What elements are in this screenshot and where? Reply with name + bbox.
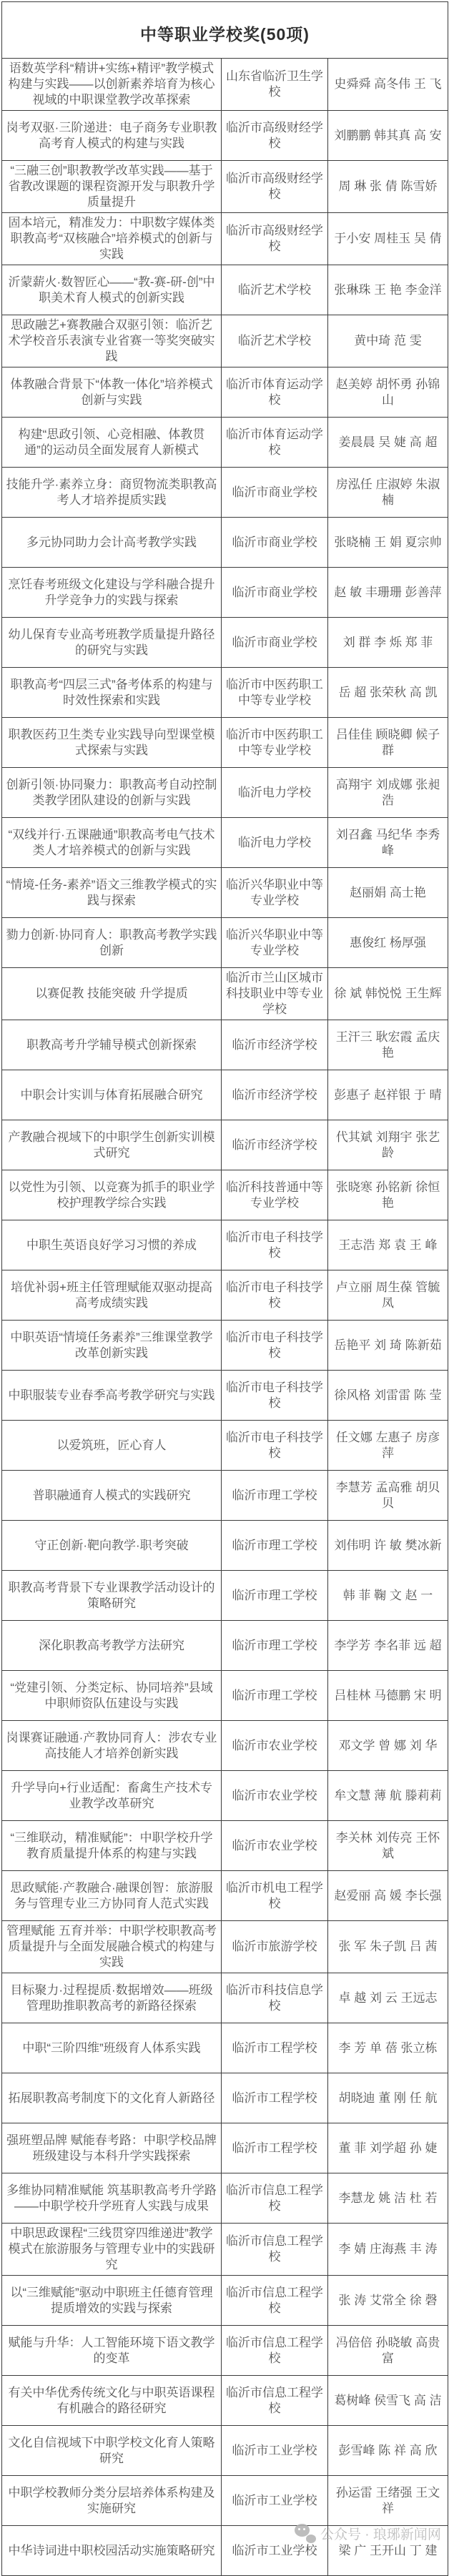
project-title-cell: 以党性为引领、以竞赛为抓手的职业学校护理教学综合实践: [2, 1170, 222, 1220]
awardee-names-cell: 卢立丽 周生葆 管毓凤: [328, 1270, 448, 1321]
school-name-cell: 山东省临沂卫生学校: [222, 59, 328, 111]
table-row: “双线并行·五课融通”职教高考电气技术类人才培养模式的创新与实践 临沂电力学校 …: [2, 818, 448, 868]
table-row: 目标聚力·过程提质·数据增效——班级管理助推职教高考的新路径探索 临沂市科技信息…: [2, 1973, 448, 2023]
project-title-cell: 创新引领·协同聚力：职教高考自动控制类教学团队建设的创新与实践: [2, 768, 222, 818]
awardee-names-cell: 赵丽娟 高士艳: [328, 868, 448, 918]
project-title-cell: 目标聚力·过程提质·数据增效——班级管理助推职教高考的新路径探索: [2, 1973, 222, 2023]
table-row: “三维联动，精准赋能”：中职学校升学教育质量提升体系的构建与实践 临沂市农业学校…: [2, 1821, 448, 1871]
project-title-cell: 思政融艺+赛教融合双驱引领：临沂艺术学校音乐表演专业省赛一等奖突破实践: [2, 315, 222, 367]
table-row: 普职融通育人模式的实践研究 临沂市理工学校 李慧芳 孟高雅 胡贝贝: [2, 1471, 448, 1521]
project-title-cell: 中职“三阶四维”班级育人体系实践: [2, 2023, 222, 2073]
awardee-names-cell: 房泓任 庄淑婷 朱淑楠: [328, 468, 448, 518]
project-title-cell: 勠力创新·协同育人：职教高考教学实践创新: [2, 918, 222, 968]
table-row: 中职学校教师分类分层培养体系构建及实施研究 临沂市工业学校 孙运雷 王绪强 王文…: [2, 2476, 448, 2526]
awardee-names-cell: 孙运雷 王绪强 王文祥: [328, 2476, 448, 2526]
awardee-names-cell: 刘伟明 许 敏 樊冰新: [328, 1521, 448, 1571]
school-name-cell: 临沂市理工学校: [222, 1671, 328, 1721]
table-row: 中华诗词进中职校园活动实施策略研究 临沂市工业学校 梁 广 王开山 丁 建: [2, 2526, 448, 2576]
project-title-cell: 沂蒙薪火·数智匠心——“教-赛-研-创”中职美术育人模式的创新实践: [2, 265, 222, 315]
project-title-cell: 拓展职教高考制度下的文化育人新路径: [2, 2073, 222, 2123]
table-row: 中职服装专业春季高考教学研究与实践 临沂市电子科技学校 徐风格 刘雷雷 陈 莹: [2, 1371, 448, 1421]
table-row: 岗课赛证融通·产教协同育人：涉农专业高技能人才培养创新实践 临沂市农业学校 邓文…: [2, 1721, 448, 1771]
table-row: 以党性为引领、以竞赛为抓手的职业学校护理教学综合实践 临沂科技普通中等专业学校 …: [2, 1170, 448, 1220]
table-row: 以赛促教 技能突破 升学提质 临沂市兰山区城市科技职业中等专业学校 徐 斌 韩悦…: [2, 968, 448, 1020]
project-title-cell: 职教高考背景下专业课教学活动设计的策略研究: [2, 1571, 222, 1621]
table-row: “三融三创”职教教学改革实践——基于省教改课题的课程资源开发与职教升学质量提升 …: [2, 161, 448, 213]
project-title-cell: 技能升学·素养立身：商贸物流类职教高考人才培养提质实践: [2, 468, 222, 518]
awardee-names-cell: 牟文慧 薄 航 滕莉莉: [328, 1771, 448, 1821]
awardee-names-cell: 刘召鑫 马纪华 李秀峰: [328, 818, 448, 868]
awardee-names-cell: 刘 群 李 烁 郑 菲: [328, 618, 448, 668]
awardee-names-cell: 李慧芳 孟高雅 胡贝贝: [328, 1471, 448, 1521]
school-name-cell: 临沂市电子科技学校: [222, 1421, 328, 1471]
project-title-cell: 中职学校教师分类分层培养体系构建及实施研究: [2, 2476, 222, 2526]
awardee-names-cell: 卓 越 刘 云 王远志: [328, 1973, 448, 2023]
school-name-cell: 临沂市信息工程学校: [222, 2326, 328, 2376]
awardee-names-cell: 惠俊红 杨厚强: [328, 918, 448, 968]
table-row: 技能升学·素养立身：商贸物流类职教高考人才培养提质实践 临沂市商业学校 房泓任 …: [2, 468, 448, 518]
school-name-cell: 临沂科技普通中等专业学校: [222, 1170, 328, 1220]
table-row: 构建“思政引领、心竞相融、体教贯通”的运动员全面发展育人新模式 临沂市体育运动学…: [2, 418, 448, 468]
award-table-body: 中等职业学校奖(50项) 语数英学科“精讲+实练+精评”教学模式构建与实践——以…: [2, 2, 448, 2576]
project-title-cell: 职教医药卫生类专业实践导向型课堂模式探索与实践: [2, 718, 222, 768]
table-row: 多维协同精准赋能 筑基职教高考升学路——中职学校升学班育人实践与成果 临沂市信息…: [2, 2173, 448, 2224]
awardee-names-cell: 葛树峰 侯雪飞 高 洁: [328, 2376, 448, 2426]
awardee-names-cell: 赵爱丽 高 媛 李长强: [328, 1871, 448, 1921]
awardee-names-cell: 彭惠子 赵祥银 于 晴: [328, 1070, 448, 1120]
table-row: 幼儿保育专业高考班教学质量提升路径的研究与实践 临沂市商业学校 刘 群 李 烁 …: [2, 618, 448, 668]
project-title-cell: 岗考双驱·三阶递进：电子商务专业职教高考育人模式的构建与实践: [2, 111, 222, 161]
table-row: “党建引领、分类定标、协同培养”县域中职师资队伍建设与实践 临沂市理工学校 吕桂…: [2, 1671, 448, 1721]
project-title-cell: 多元协同助力会计高考教学实践: [2, 518, 222, 568]
award-table: 中等职业学校奖(50项) 语数英学科“精讲+实练+精评”教学模式构建与实践——以…: [1, 1, 448, 2576]
awardee-names-cell: 徐风格 刘雷雷 陈 莹: [328, 1371, 448, 1421]
table-row: 守正创新·靶向教学·职考突破 临沂市理工学校 刘伟明 许 敏 樊冰新: [2, 1521, 448, 1571]
awardee-names-cell: 赵 敏 丰珊珊 彭善萍: [328, 568, 448, 618]
project-title-cell: “三融三创”职教教学改革实践——基于省教改课题的课程资源开发与职教升学质量提升: [2, 161, 222, 213]
table-row: 中职生英语良好学习习惯的养成 临沂市电子科技学校 王志浩 郑 袁 王 峰: [2, 1220, 448, 1270]
school-name-cell: 临沂市机电工程学校: [222, 1871, 328, 1921]
project-title-cell: 以赛促教 技能突破 升学提质: [2, 968, 222, 1020]
table-row: 岗考双驱·三阶递进：电子商务专业职教高考育人模式的构建与实践 临沂市高级财经学校…: [2, 111, 448, 161]
awardee-names-cell: 李 婧 庄海燕 丰 涛: [328, 2224, 448, 2276]
awardee-names-cell: 赵美婷 胡怀勇 孙锦山: [328, 367, 448, 418]
project-title-cell: “情境-任务-素养”语文三维教学模式的实践与探索: [2, 868, 222, 918]
school-name-cell: 临沂市经济学校: [222, 1070, 328, 1120]
school-name-cell: 临沂市经济学校: [222, 1020, 328, 1070]
school-name-cell: 临沂市理工学校: [222, 1521, 328, 1571]
school-name-cell: 临沂市商业学校: [222, 518, 328, 568]
awardee-names-cell: 于小安 周桂玉 吴 倩: [328, 213, 448, 265]
table-row: 语数英学科“精讲+实练+精评”教学模式构建与实践——以创新素养培育为核心视域的中…: [2, 59, 448, 111]
school-name-cell: 临沂市信息工程学校: [222, 2276, 328, 2326]
table-row: 中职思政课程“三线贯穿四维递进”教学模式在旅游服务与管理专业中的实践研究 临沂市…: [2, 2224, 448, 2276]
school-name-cell: 临沂市工程学校: [222, 2123, 328, 2173]
table-row: 拓展职教高考制度下的文化育人新路径 临沂市工程学校 胡晓迪 董 刚 任 航: [2, 2073, 448, 2123]
project-title-cell: 有关中华优秀传统文化与中职英语课程有机融合的路径研究: [2, 2376, 222, 2426]
project-title-cell: “双线并行·五课融通”职教高考电气技术类人才培养模式的创新与实践: [2, 818, 222, 868]
table-row: 固本培元，精准发力：中职数字媒体类职教高考“双核融合”培养模式的创新与实践 临沂…: [2, 213, 448, 265]
school-name-cell: 临沂市工程学校: [222, 2073, 328, 2123]
project-title-cell: 职教高考升学辅导模式创新探索: [2, 1020, 222, 1070]
school-name-cell: 临沂市商业学校: [222, 568, 328, 618]
project-title-cell: 培优补弱+班主任管理赋能双驱动提高高考成绩实践: [2, 1270, 222, 1321]
table-row: 体教融合背景下“体教一体化”培养模式创新与实践 临沂市体育运动学校 赵美婷 胡怀…: [2, 367, 448, 418]
awardee-names-cell: 岳 超 张荣秋 高 凯: [328, 668, 448, 718]
awardee-names-cell: 吕桂林 马德鹏 宋 明: [328, 1671, 448, 1721]
awardee-names-cell: 张琳珠 王 艳 李金洋: [328, 265, 448, 315]
school-name-cell: 临沂市电子科技学校: [222, 1371, 328, 1421]
awardee-names-cell: 岳艳平 刘 琦 陈新茹: [328, 1321, 448, 1371]
awardee-names-cell: 周 琳 张 倩 陈雪娇: [328, 161, 448, 213]
awardee-names-cell: 王汗三 耿宏霞 孟庆艳: [328, 1020, 448, 1070]
awardee-names-cell: 韩 菲 鞠 文 赵 一: [328, 1571, 448, 1621]
project-title-cell: 职教高考“四层三式”备考体系的构建与时效性探索和实践: [2, 668, 222, 718]
school-name-cell: 临沂市理工学校: [222, 1621, 328, 1671]
awardee-names-cell: 张晓楠 王 娟 夏宗帅: [328, 518, 448, 568]
school-name-cell: 临沂兴华职业中等专业学校: [222, 868, 328, 918]
school-name-cell: 临沂市中医药职工中等专业学校: [222, 718, 328, 768]
table-row: 管理赋能 五育并举：中职学校职教高考质量提升与全面发展融合模式的构建与实践 临沂…: [2, 1921, 448, 1973]
project-title-cell: 以“三维赋能”驱动中职班主任德育管理提质增效的实践与探索: [2, 2276, 222, 2326]
school-name-cell: 临沂市理工学校: [222, 1571, 328, 1621]
project-title-cell: 中职生英语良好学习习惯的养成: [2, 1220, 222, 1270]
school-name-cell: 临沂艺术学校: [222, 265, 328, 315]
project-title-cell: 中职英语“情境任务素养”三维课堂教学改革创新实践: [2, 1321, 222, 1371]
awardee-names-cell: 史舜舜 高冬伟 王 飞: [328, 59, 448, 111]
school-name-cell: 临沂市高级财经学校: [222, 213, 328, 265]
table-row: 有关中华优秀传统文化与中职英语课程有机融合的路径研究 临沂市信息工程学校 葛树峰…: [2, 2376, 448, 2426]
project-title-cell: “三维联动，精准赋能”：中职学校升学教育质量提升体系的构建与实践: [2, 1821, 222, 1871]
school-name-cell: 临沂市工业学校: [222, 2476, 328, 2526]
school-name-cell: 临沂市信息工程学校: [222, 2224, 328, 2276]
table-row: 文化自信视域下中职学校文化育人策略研究 临沂市工业学校 彭雪峰 陈 祥 高 欣: [2, 2426, 448, 2476]
table-row: 职教高考升学辅导模式创新探索 临沂市经济学校 王汗三 耿宏霞 孟庆艳: [2, 1020, 448, 1070]
title-row: 中等职业学校奖(50项): [2, 2, 448, 59]
awardee-names-cell: 张 涛 艾常全 徐 磬: [328, 2276, 448, 2326]
school-name-cell: 临沂市旅游学校: [222, 1921, 328, 1973]
school-name-cell: 临沂市农业学校: [222, 1821, 328, 1871]
awardee-names-cell: 王志浩 郑 袁 王 峰: [328, 1220, 448, 1270]
project-title-cell: 强班塑品牌 赋能春考路：中职学校品牌班级建设与本科升学实践探索: [2, 2123, 222, 2173]
school-name-cell: 临沂电力学校: [222, 768, 328, 818]
awardee-names-cell: 任文娜 左惠子 房彦萍: [328, 1421, 448, 1471]
awardee-names-cell: 黄中琦 范 雯: [328, 315, 448, 367]
project-title-cell: 中职会计实训与体育拓展融合研究: [2, 1070, 222, 1120]
table-row: 以爱筑班，匠心育人 临沂市电子科技学校 任文娜 左惠子 房彦萍: [2, 1421, 448, 1471]
project-title-cell: 体教融合背景下“体教一体化”培养模式创新与实践: [2, 367, 222, 418]
project-title-cell: 升学导向+行业适配：畜禽生产技术专业教学改革研究: [2, 1771, 222, 1821]
project-title-cell: 产教融合视域下的中职学生创新实训模式研究: [2, 1120, 222, 1170]
table-row: 勠力创新·协同育人：职教高考教学实践创新 临沂兴华职业中等专业学校 惠俊红 杨厚…: [2, 918, 448, 968]
awardee-names-cell: 邓文学 曾 娜 刘 华: [328, 1721, 448, 1771]
awardee-names-cell: 高翔宇 刘成娜 张昶浩: [328, 768, 448, 818]
table-row: 中职“三阶四维”班级育人体系实践 临沂市工程学校 李 芳 单 蓓 张立栋: [2, 2023, 448, 2073]
school-name-cell: 临沂市工业学校: [222, 2426, 328, 2476]
table-row: 创新引领·协同聚力：职教高考自动控制类教学团队建设的创新与实践 临沂电力学校 高…: [2, 768, 448, 818]
project-title-cell: 固本培元，精准发力：中职数字媒体类职教高考“双核融合”培养模式的创新与实践: [2, 213, 222, 265]
school-name-cell: 临沂电力学校: [222, 818, 328, 868]
awardee-names-cell: 代其斌 刘翔宇 张艺龄: [328, 1120, 448, 1170]
school-name-cell: 临沂市商业学校: [222, 468, 328, 518]
table-row: 中职英语“情境任务素养”三维课堂教学改革创新实践 临沂市电子科技学校 岳艳平 刘…: [2, 1321, 448, 1371]
project-title-cell: 守正创新·靶向教学·职考突破: [2, 1521, 222, 1571]
awardee-names-cell: 李学芳 李名菲 远 超: [328, 1621, 448, 1671]
project-title-cell: 文化自信视域下中职学校文化育人策略研究: [2, 2426, 222, 2476]
table-row: 多元协同助力会计高考教学实践 临沂市商业学校 张晓楠 王 娟 夏宗帅: [2, 518, 448, 568]
awardee-names-cell: 李关林 刘传亮 王怀斌: [328, 1821, 448, 1871]
awardee-names-cell: 梁 广 王开山 丁 建: [328, 2526, 448, 2576]
school-name-cell: 临沂市科技信息学校: [222, 1973, 328, 2023]
project-title-cell: 普职融通育人模式的实践研究: [2, 1471, 222, 1521]
project-title-cell: 中职思政课程“三线贯穿四维递进”教学模式在旅游服务与管理专业中的实践研究: [2, 2224, 222, 2276]
school-name-cell: 临沂市农业学校: [222, 1771, 328, 1821]
school-name-cell: 临沂市农业学校: [222, 1721, 328, 1771]
awardee-names-cell: 胡晓迪 董 刚 任 航: [328, 2073, 448, 2123]
page-title: 中等职业学校奖(50项): [2, 2, 448, 59]
table-row: 职教医药卫生类专业实践导向型课堂模式探索与实践 临沂市中医药职工中等专业学校 吕…: [2, 718, 448, 768]
table-row: 思政赋能·产教融合·融课创智：旅游服务与管理专业三方协同育人范式实践 临沂市机电…: [2, 1871, 448, 1921]
awardee-names-cell: 张晓寒 孙铭新 徐恒艳: [328, 1170, 448, 1220]
project-title-cell: 烹饪春考班级文化建设与学科融合提升升学竞争力的实践与探索: [2, 568, 222, 618]
table-row: 中职会计实训与体育拓展融合研究 临沂市经济学校 彭惠子 赵祥银 于 晴: [2, 1070, 448, 1120]
awardee-names-cell: 吕佳佳 顾晓卿 候子群: [328, 718, 448, 768]
school-name-cell: 临沂市体育运动学校: [222, 418, 328, 468]
project-title-cell: 赋能与升华：人工智能环境下语文教学的变革: [2, 2326, 222, 2376]
awardee-names-cell: 刘鹏鹏 韩其真 高 安: [328, 111, 448, 161]
table-row: 产教融合视域下的中职学生创新实训模式研究 临沂市经济学校 代其斌 刘翔宇 张艺龄: [2, 1120, 448, 1170]
awardee-names-cell: 姜晨晨 吴 婕 高 超: [328, 418, 448, 468]
school-name-cell: 临沂市商业学校: [222, 618, 328, 668]
school-name-cell: 临沂市经济学校: [222, 1120, 328, 1170]
project-title-cell: 管理赋能 五育并举：中职学校职教高考质量提升与全面发展融合模式的构建与实践: [2, 1921, 222, 1973]
table-row: 以“三维赋能”驱动中职班主任德育管理提质增效的实践与探索 临沂市信息工程学校 张…: [2, 2276, 448, 2326]
awardee-names-cell: 李 芳 单 蓓 张立栋: [328, 2023, 448, 2073]
school-name-cell: 临沂市体育运动学校: [222, 367, 328, 418]
project-title-cell: 以爱筑班，匠心育人: [2, 1421, 222, 1471]
school-name-cell: 临沂市信息工程学校: [222, 2376, 328, 2426]
school-name-cell: 临沂市电子科技学校: [222, 1220, 328, 1270]
awardee-names-cell: 彭雪峰 陈 祥 高 欣: [328, 2426, 448, 2476]
project-title-cell: 深化职教高考教学方法研究: [2, 1621, 222, 1671]
project-title-cell: 思政赋能·产教融合·融课创智：旅游服务与管理专业三方协同育人范式实践: [2, 1871, 222, 1921]
project-title-cell: 中职服装专业春季高考教学研究与实践: [2, 1371, 222, 1421]
project-title-cell: “党建引领、分类定标、协同培养”县域中职师资队伍建设与实践: [2, 1671, 222, 1721]
project-title-cell: 多维协同精准赋能 筑基职教高考升学路——中职学校升学班育人实践与成果: [2, 2173, 222, 2224]
table-row: 烹饪春考班级文化建设与学科融合提升升学竞争力的实践与探索 临沂市商业学校 赵 敏…: [2, 568, 448, 618]
table-row: 思政融艺+赛教融合双驱引领：临沂艺术学校音乐表演专业省赛一等奖突破实践 临沂艺术…: [2, 315, 448, 367]
awardee-names-cell: 张 军 朱子凯 吕 茜: [328, 1921, 448, 1973]
table-row: 强班塑品牌 赋能春考路：中职学校品牌班级建设与本科升学实践探索 临沂市工程学校 …: [2, 2123, 448, 2173]
school-name-cell: 临沂市中医药职工中等专业学校: [222, 668, 328, 718]
project-title-cell: 语数英学科“精讲+实练+精评”教学模式构建与实践——以创新素养培育为核心视域的中…: [2, 59, 222, 111]
project-title-cell: 幼儿保育专业高考班教学质量提升路径的研究与实践: [2, 618, 222, 668]
school-name-cell: 临沂市理工学校: [222, 1471, 328, 1521]
school-name-cell: 临沂市电子科技学校: [222, 1270, 328, 1321]
table-row: 职教高考背景下专业课教学活动设计的策略研究 临沂市理工学校 韩 菲 鞠 文 赵 …: [2, 1571, 448, 1621]
awardee-names-cell: 董 菲 刘学超 孙 婕: [328, 2123, 448, 2173]
table-row: 培优补弱+班主任管理赋能双驱动提高高考成绩实践 临沂市电子科技学校 卢立丽 周生…: [2, 1270, 448, 1321]
school-name-cell: 临沂市工程学校: [222, 2023, 328, 2073]
table-row: “情境-任务-素养”语文三维教学模式的实践与探索 临沂兴华职业中等专业学校 赵丽…: [2, 868, 448, 918]
school-name-cell: 临沂市高级财经学校: [222, 111, 328, 161]
project-title-cell: 构建“思政引领、心竞相融、体教贯通”的运动员全面发展育人新模式: [2, 418, 222, 468]
school-name-cell: 临沂艺术学校: [222, 315, 328, 367]
awardee-names-cell: 李慧龙 姚 洁 杜 若: [328, 2173, 448, 2224]
school-name-cell: 临沂市工业学校: [222, 2526, 328, 2576]
project-title-cell: 岗课赛证融通·产教协同育人：涉农专业高技能人才培养创新实践: [2, 1721, 222, 1771]
school-name-cell: 临沂市高级财经学校: [222, 161, 328, 213]
table-row: 深化职教高考教学方法研究 临沂市理工学校 李学芳 李名菲 远 超: [2, 1621, 448, 1671]
school-name-cell: 临沂市兰山区城市科技职业中等专业学校: [222, 968, 328, 1020]
awardee-names-cell: 徐 斌 韩悦悦 王生辉: [328, 968, 448, 1020]
table-row: 赋能与升华：人工智能环境下语文教学的变革 临沂市信息工程学校 冯倍倍 孙晓敏 高…: [2, 2326, 448, 2376]
school-name-cell: 临沂市信息工程学校: [222, 2173, 328, 2224]
school-name-cell: 临沂兴华职业中等专业学校: [222, 918, 328, 968]
awardee-names-cell: 冯倍倍 孙晓敏 高贵富: [328, 2326, 448, 2376]
project-title-cell: 中华诗词进中职校园活动实施策略研究: [2, 2526, 222, 2576]
table-row: 沂蒙薪火·数智匠心——“教-赛-研-创”中职美术育人模式的创新实践 临沂艺术学校…: [2, 265, 448, 315]
table-row: 升学导向+行业适配：畜禽生产技术专业教学改革研究 临沂市农业学校 牟文慧 薄 航…: [2, 1771, 448, 1821]
table-row: 职教高考“四层三式”备考体系的构建与时效性探索和实践 临沂市中医药职工中等专业学…: [2, 668, 448, 718]
school-name-cell: 临沂市电子科技学校: [222, 1321, 328, 1371]
